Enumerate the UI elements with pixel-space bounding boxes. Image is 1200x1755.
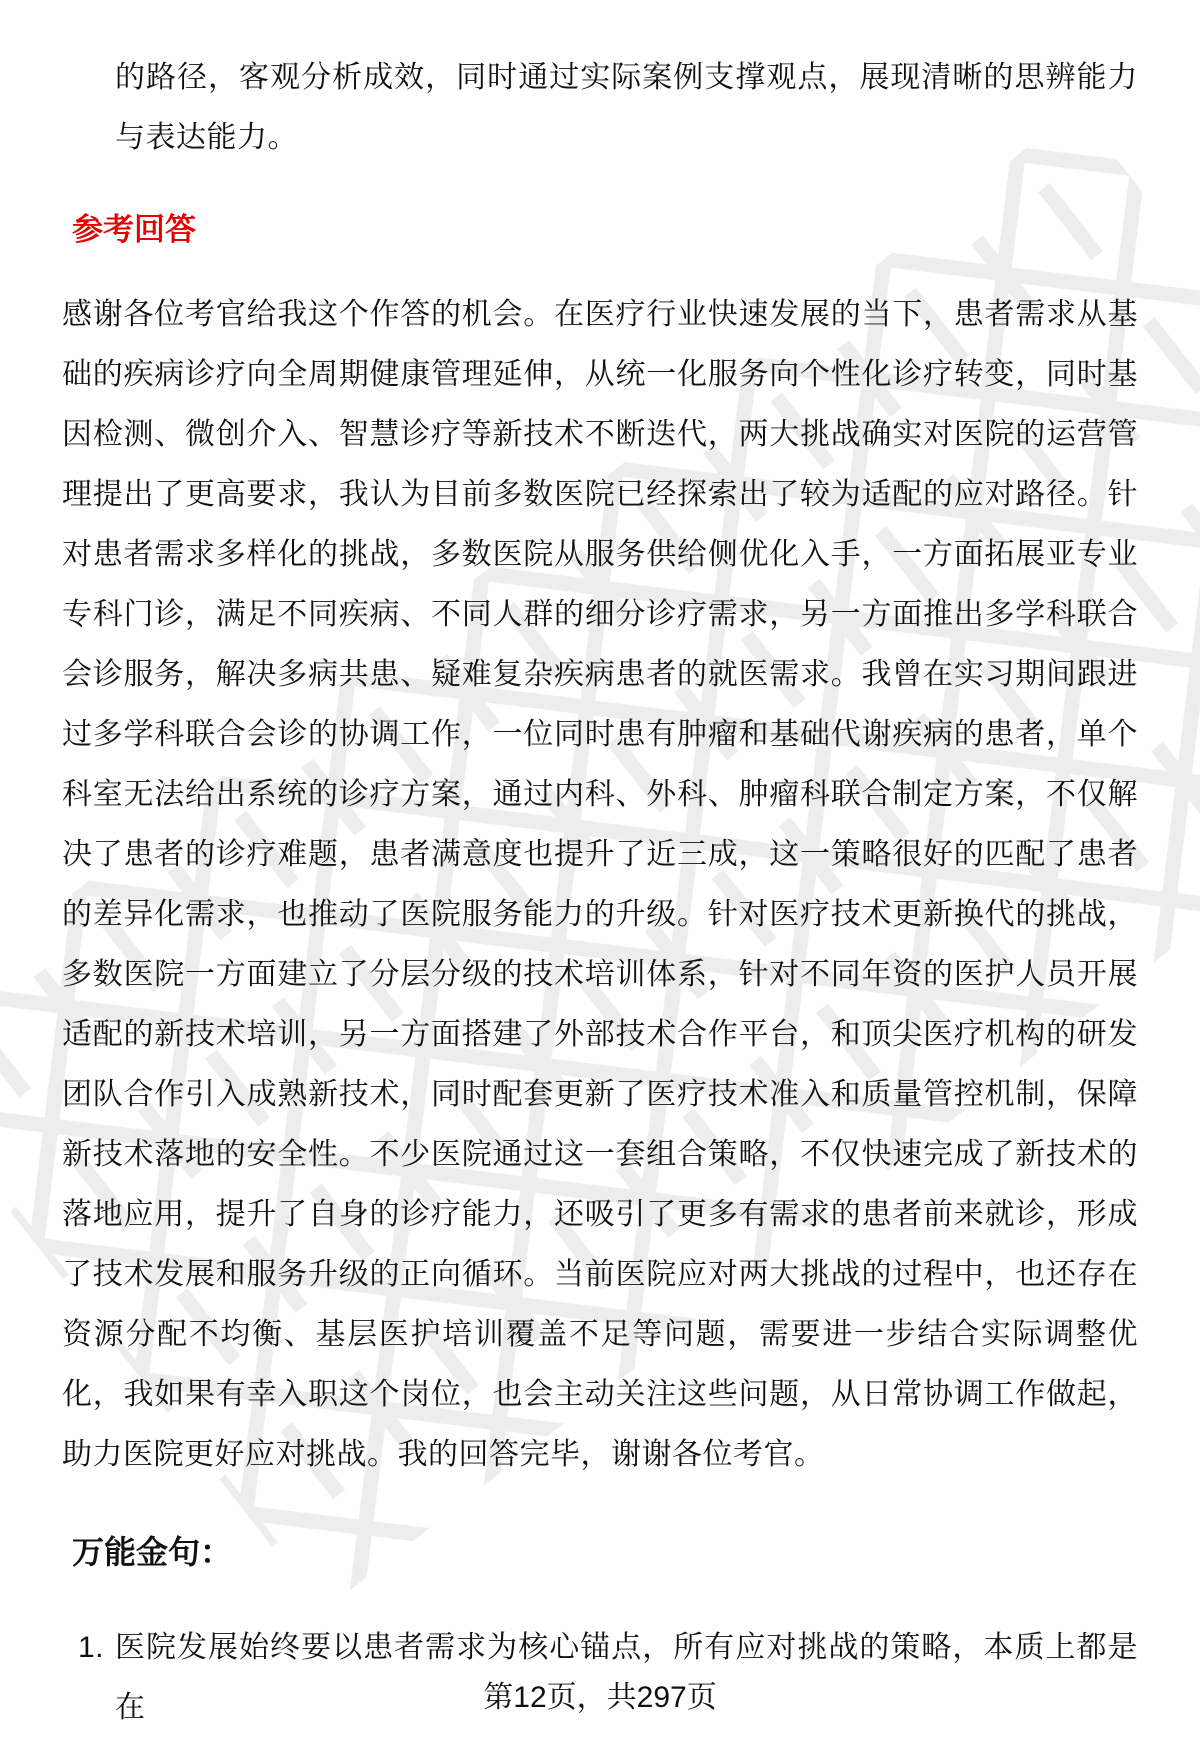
- page-number-footer: 第12页，共297页: [0, 1678, 1200, 1718]
- intro-continuation-paragraph: 的路径，客观分析成效，同时通过实际案例支撑观点，展现清晰的思辨能力与表达能力。: [115, 48, 1138, 168]
- reference-answer-heading: 参考回答: [72, 210, 1138, 250]
- document-page: 的路径，客观分析成效，同时通过实际案例支撑观点，展现清晰的思辨能力与表达能力。 …: [0, 0, 1200, 1755]
- page-content: 的路径，客观分析成效，同时通过实际案例支撑观点，展现清晰的思辨能力与表达能力。 …: [0, 48, 1200, 1738]
- reference-answer-body: 感谢各位考官给我这个作答的机会。在医疗行业快速发展的当下，患者需求从基础的疾病诊…: [62, 285, 1138, 1485]
- list-item-number: 1.: [78, 1618, 115, 1678]
- golden-sentences-heading: 万能金句：: [72, 1532, 1138, 1572]
